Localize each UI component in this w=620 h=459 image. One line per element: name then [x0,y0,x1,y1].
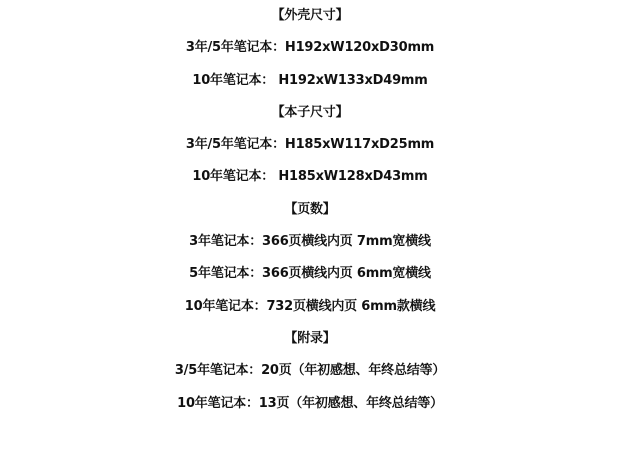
spec-line: 3年笔记本：366页横线内页 7mm宽横线 [0,229,620,261]
section-heading: 【本子尺寸】 [0,100,620,132]
section-appendix: 【附录】 3/5年笔记本：20页（年初感想、年终总结等） 10年笔记本：13页（… [0,326,620,423]
spec-line: 3/5年笔记本：20页（年初感想、年终总结等） [0,358,620,390]
product-spec-document: 【外壳尺寸】 3年/5年笔记本：H192xW120xD30mm 10年笔记本： … [0,3,620,423]
section-heading: 【外壳尺寸】 [0,3,620,35]
section-notebook-dimensions: 【本子尺寸】 3年/5年笔记本：H185xW117xD25mm 10年笔记本： … [0,100,620,197]
spec-line: 10年笔记本：13页（年初感想、年终总结等） [0,391,620,423]
section-page-count: 【页数】 3年笔记本：366页横线内页 7mm宽横线 5年笔记本：366页横线内… [0,197,620,326]
spec-line: 10年笔记本： H192xW133xD49mm [0,68,620,100]
section-shell-dimensions: 【外壳尺寸】 3年/5年笔记本：H192xW120xD30mm 10年笔记本： … [0,3,620,100]
spec-line: 3年/5年笔记本：H192xW120xD30mm [0,35,620,67]
spec-line: 3年/5年笔记本：H185xW117xD25mm [0,132,620,164]
section-heading: 【页数】 [0,197,620,229]
spec-line: 10年笔记本：732页横线内页 6mm款横线 [0,294,620,326]
section-heading: 【附录】 [0,326,620,358]
spec-line: 5年笔记本：366页横线内页 6mm宽横线 [0,261,620,293]
spec-line: 10年笔记本： H185xW128xD43mm [0,164,620,196]
